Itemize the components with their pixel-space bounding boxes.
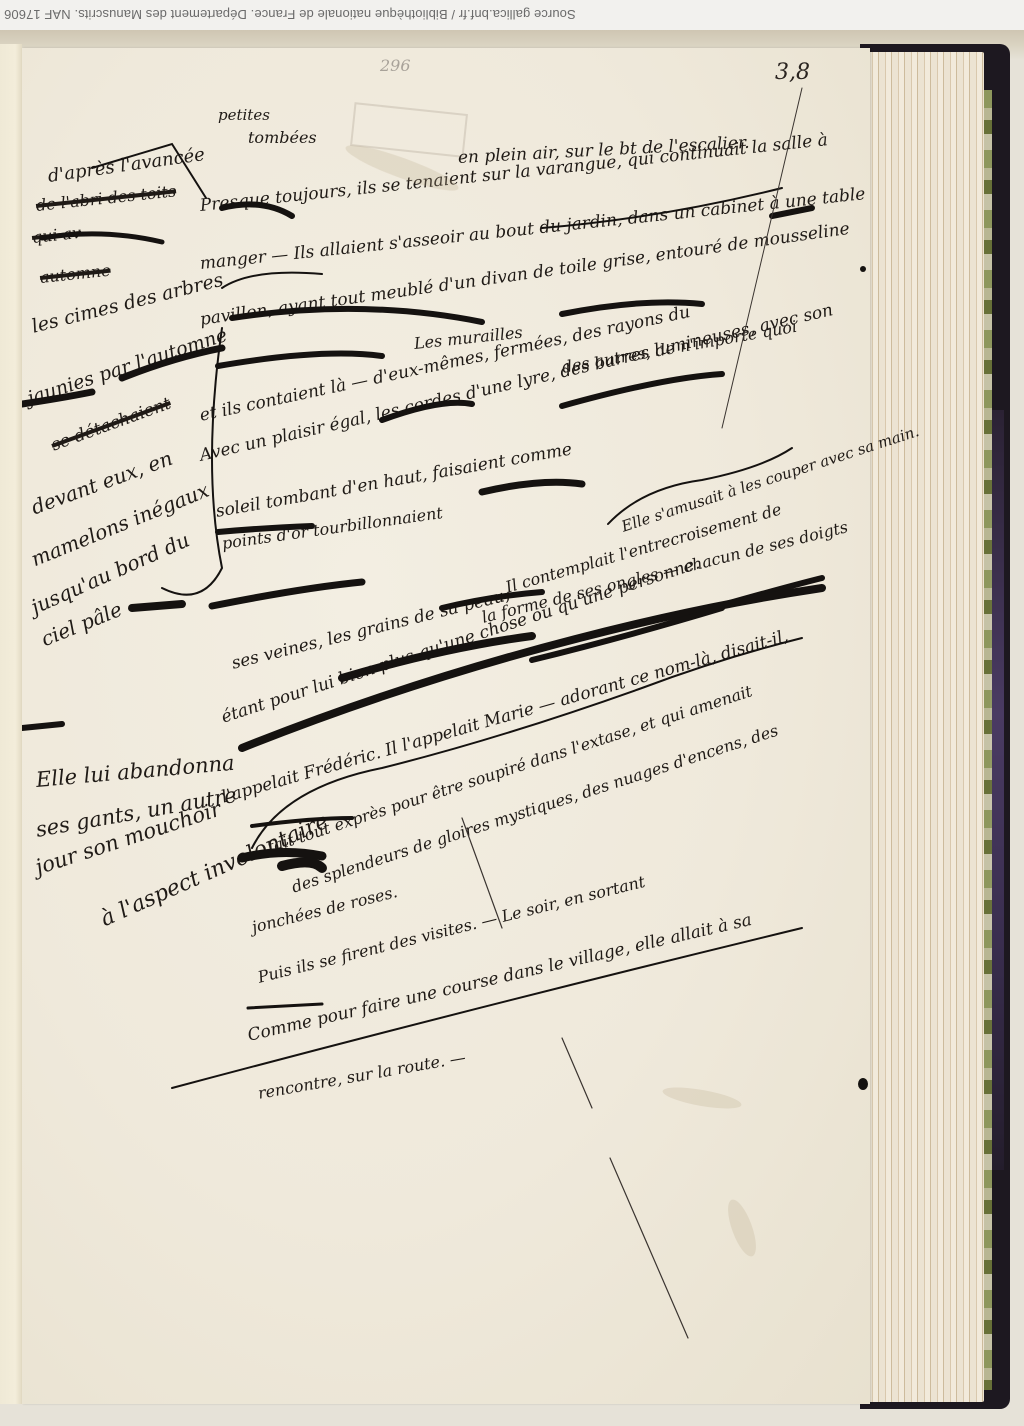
source-caption: Source gallica.bnf.fr / Bibliothèque nat… [4, 7, 576, 22]
ink-strokes [22, 48, 870, 1404]
ink-blot [860, 266, 866, 272]
manuscript-photo: 296 3,8 petites tombées d'après l'avancé… [0, 30, 1024, 1426]
facing-page-edge [0, 44, 22, 1404]
book-cover-purple-edge [990, 410, 1004, 1170]
page-edges-stack [866, 52, 984, 1402]
source-caption-bar: Source gallica.bnf.fr / Bibliothèque nat… [0, 0, 1024, 30]
ink-blot [858, 1078, 868, 1090]
manuscript-page: 296 3,8 petites tombées d'après l'avancé… [22, 48, 870, 1404]
